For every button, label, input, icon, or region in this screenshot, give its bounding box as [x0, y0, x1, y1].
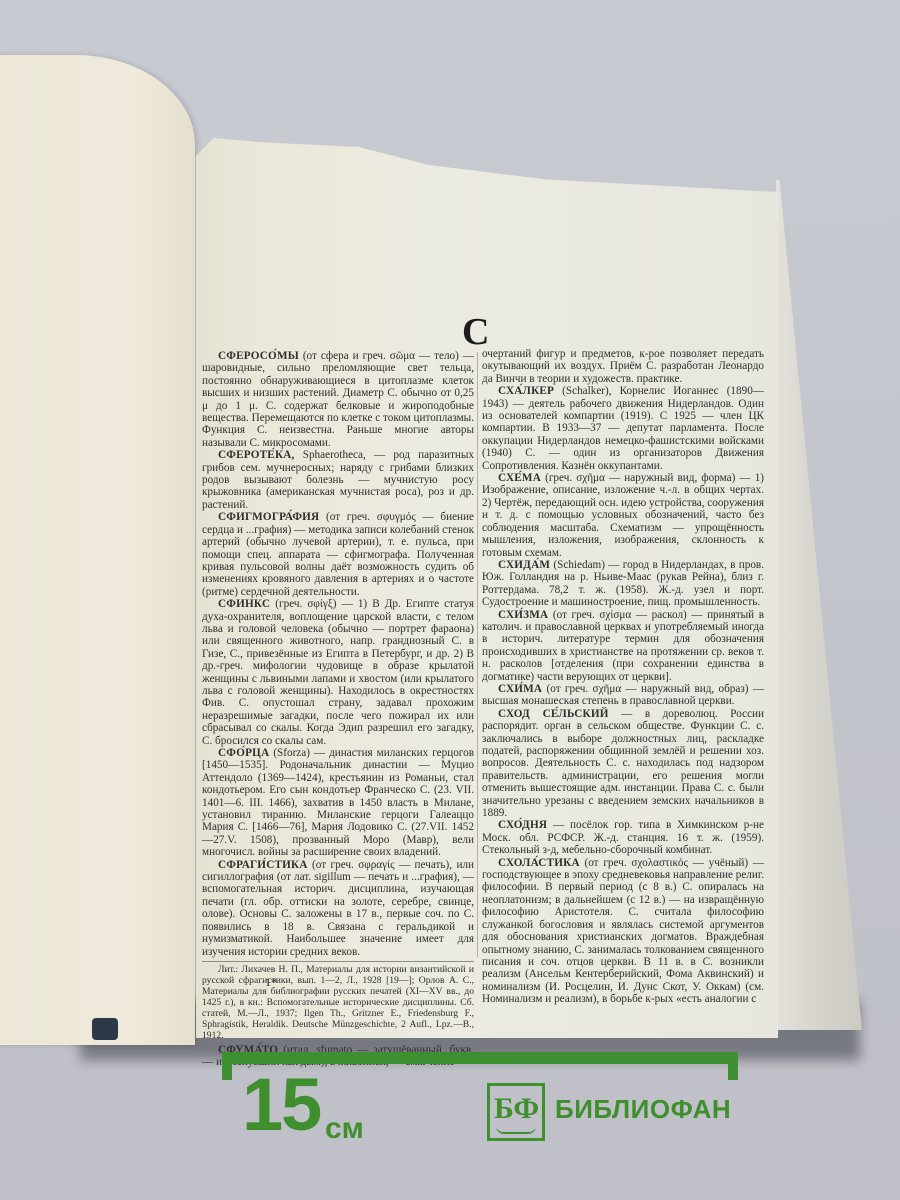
headword: СФРАГИ́СТИКА	[218, 859, 308, 871]
entry-text: (греч. σχῆμα — наружный вид, форма) — 1)…	[482, 472, 764, 558]
page-signature: 1*	[265, 975, 277, 990]
size-value: 15	[242, 1068, 320, 1142]
entry-schema-monastic: СХИ́МА (от греч. σχῆμα — наружный вид, о…	[482, 683, 764, 708]
bibliofan-book-logo-icon: БФ	[487, 1083, 545, 1141]
entry-sfumato-continued: очертаний фигур и предметов, к-рое позво…	[482, 348, 764, 385]
headword: СХИ́МА	[498, 683, 542, 695]
left-page-curl	[0, 55, 195, 1045]
entry-schism: СХИ́ЗМА (от греч. σχίσμα — раскол) — при…	[482, 609, 764, 683]
entry-text: (греч. σφίγξ) — 1) В Др. Египте статуя д…	[202, 598, 474, 746]
size-ruler-right-tick	[728, 1052, 738, 1080]
left-column: СФЕРОСО́МЫ (от сфера и греч. σῶμα — тело…	[202, 350, 474, 1069]
entry-spherosomes: СФЕРОСО́МЫ (от сфера и греч. σῶμα — тело…	[202, 350, 474, 449]
page-edges	[776, 180, 862, 1030]
headword: СХО́ДНЯ	[498, 819, 547, 831]
entry-sphinx: СФИНКС (греч. σφίγξ) — 1) В Др. Египте с…	[202, 598, 474, 747]
headword: СХИДА́М	[498, 559, 550, 571]
right-column: очертаний фигур и предметов, к-рое позво…	[482, 348, 764, 1006]
entry-village-assembly: СХОД СЕ́ЛЬСКИЙ — в дореволюц. России рас…	[482, 708, 764, 820]
logo-letters: БФ	[494, 1092, 539, 1126]
entry-schiedam: СХИДА́М (Schiedam) — город в Нидерландах…	[482, 559, 764, 609]
column-divider	[477, 352, 478, 957]
headword: СХОЛА́СТИКА	[498, 857, 580, 869]
brand-name: БИБЛИОФАН	[555, 1094, 731, 1125]
headword: СХА́ЛКЕР	[498, 385, 554, 397]
headword: СФИГМОГРА́ФИЯ	[218, 511, 319, 523]
entry-schema: СХЕ́МА (греч. σχῆμα — наружный вид, форм…	[482, 472, 764, 559]
entry-text: (от греч. σφυγμός — биение сердца и ...г…	[202, 511, 474, 597]
headword: СФЕРОТЕ́КА,	[218, 449, 295, 461]
entry-sphragistics: СФРАГИ́СТИКА (от греч. σφραγίς — печать)…	[202, 859, 474, 958]
headword: СХОД СЕ́ЛЬСКИЙ	[498, 708, 609, 720]
entry-schalker: СХА́ЛКЕР (Schalker), Корнелис Иоганнес (…	[482, 385, 764, 472]
entry-sphygmography: СФИГМОГРА́ФИЯ (от греч. σφυγμός — биение…	[202, 511, 474, 598]
entry-sforza: СФО́РЦА (Sforza) — династия миланских ге…	[202, 747, 474, 859]
literature-note: Лит.: Лихачев Н. П., Материалы для истор…	[202, 961, 474, 1041]
entry-text: очертаний фигур и предметов, к-рое позво…	[482, 348, 764, 385]
size-ruler-left-tick	[222, 1052, 232, 1080]
entry-text: (Schalker), Корнелис Иоганнес (1890—1943…	[482, 385, 764, 471]
entry-skhodnya: СХО́ДНЯ — посёлок гор. типа в Химкинском…	[482, 819, 764, 856]
entry-scholasticism: СХОЛА́СТИКА (от греч. σχολαστικός — учён…	[482, 857, 764, 1006]
headword: СФЕРОСО́МЫ	[218, 350, 299, 362]
entry-text: (от греч. σχολαστικός — учёный) — господ…	[482, 857, 764, 1005]
headword: СХЕ́МА	[498, 472, 541, 484]
entry-text: (от греч. σφραγίς — печать), или сигилло…	[202, 859, 474, 958]
literature-text: Лит.: Лихачев Н. П., Материалы для истор…	[202, 964, 474, 1041]
entry-text: (от сфера и греч. σῶμα — тело) — шаровид…	[202, 350, 474, 449]
open-book-icon	[496, 1126, 536, 1134]
entry-sphaerotheca: СФЕРОТЕ́КА, Sphaerotheca, — род паразитн…	[202, 449, 474, 511]
entry-text: (Sforza) — династия миланских герцогов […	[202, 747, 474, 858]
headword: СФО́РЦА	[218, 747, 269, 759]
book-spine-corner	[92, 1018, 118, 1040]
headword: СХИ́ЗМА	[498, 609, 548, 621]
size-unit: см	[325, 1112, 364, 1146]
entry-text: — в дореволюц. России распорядит. орган …	[482, 708, 764, 819]
headword: СФИНКС	[218, 598, 270, 610]
